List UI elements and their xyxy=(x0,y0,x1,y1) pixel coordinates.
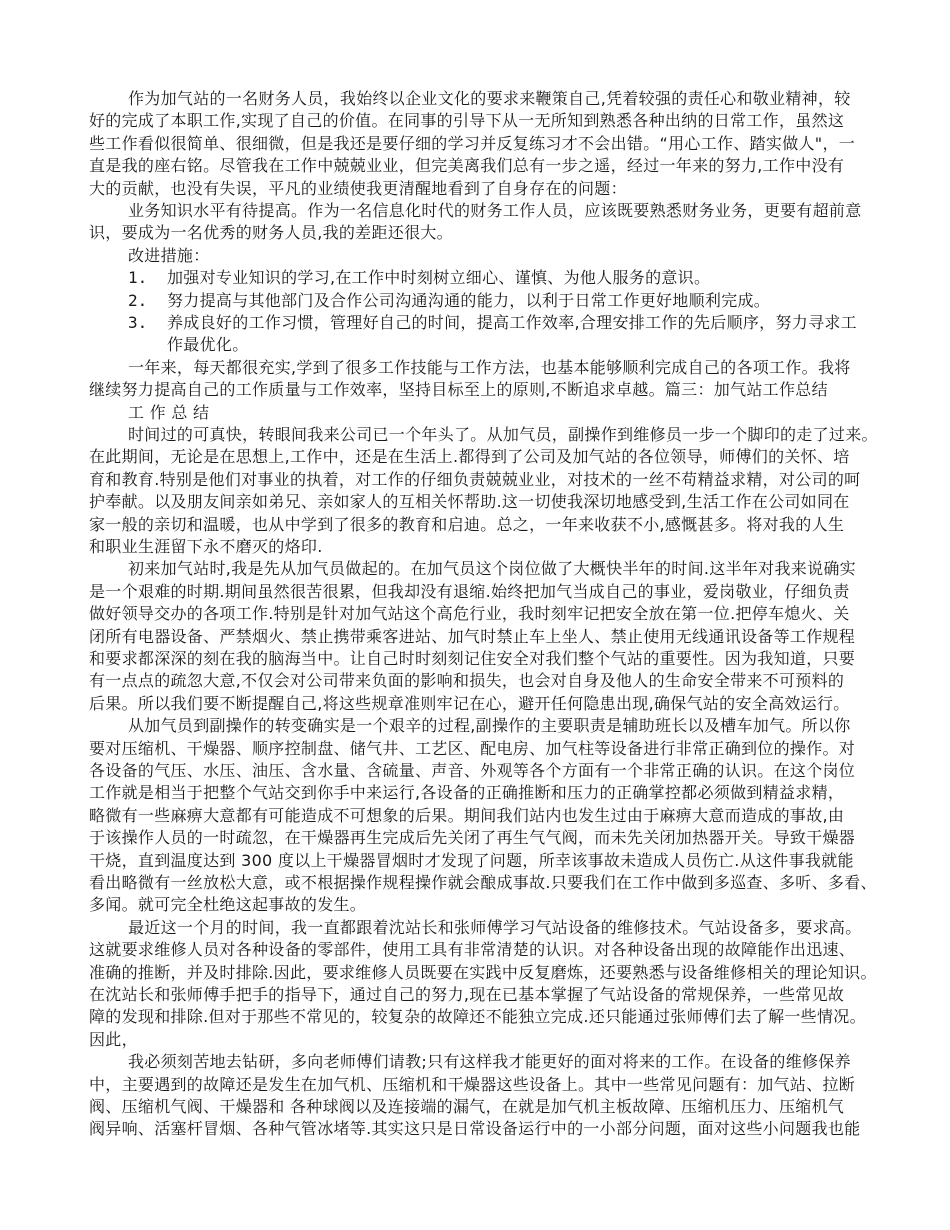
list-item-text: 努力提高与其他部门及合作公司沟通沟通的能力，以利于日常工作更好地顺利完成。 xyxy=(167,290,770,312)
text-line: 业务知识水平有待提高。作为一名信息化时代的财务工作人员，应该既要熟悉财务业务，更… xyxy=(128,200,862,222)
text-line: 育和教育.特别是他们对事业的执着，对工作的仔细负责兢兢业业，对技术的一丝不苟精益… xyxy=(89,469,861,491)
text-line: 于该操作人员的一时疏忽，在干燥器再生完成后先关闭了再生气气阀，而未先关闭加热器开… xyxy=(89,827,855,849)
text-line: 后果。所以我们要不断提醒自己,将这些规章准则牢记在心，避开任何隐患出现,确保气站… xyxy=(89,693,850,715)
text-line: 因此， xyxy=(89,1029,138,1051)
text-line: 这就要求维修人员对各种设备的零部件，使用工具有非常清楚的认识。对各种设备出现的故… xyxy=(89,939,855,961)
text-line: 闭所有电器设备、严禁烟火、禁止携带乘客进站、加气时禁止车上坐人、禁止使用无线通讯… xyxy=(89,626,855,648)
text-line: 工 作 总 结 xyxy=(128,402,209,424)
text-line: 作为加气站的一名财务人员，我始终以企业文化的要求来鞭策自己,凭着较强的责任心和敬… xyxy=(128,88,851,110)
text-line: 直是我的座右铭。尽管我在工作中兢兢业业，但完美离我们总有一步之遥，经过一年来的努… xyxy=(89,155,844,177)
text-line: 阀异响、活塞杆冒烟、各种气管冰堵等.其实这只是日常设备运行中的一小部分问题，面对… xyxy=(89,1118,861,1140)
text-line: 识，要成为一名优秀的财务人员,我的差距还很大。 xyxy=(89,222,453,244)
text-line: 我必须刻苦地去钻研，多向老师傅们请教;只有这样我才能更好的面对将来的工作。在设备… xyxy=(128,1051,851,1073)
list-number: 3. xyxy=(128,312,147,334)
text-line: 和要求都深深的刻在我的脑海当中。让自己时时刻刻记住安全对我们整个气站的重要性。因… xyxy=(89,648,855,670)
list-number: 2. xyxy=(128,290,147,312)
text-line: 在沈站长和张师傅手把手的指导下，通过自己的努力,现在已基本掌握了气站设备的常规保… xyxy=(89,984,844,1006)
list-number: 1. xyxy=(128,267,147,289)
list-item-text: 养成良好的工作习惯，管理好自己的时间，提高工作效率,合理安排工作的先后顺序，努力… xyxy=(167,312,857,334)
text-line: 初来加气站时,我是先从加气员做起的。在加气员这个岗位做了大概快半年的时间.这半年… xyxy=(128,558,856,580)
text-line: 在此期间，无论是在思想上,工作中，还是在生活上.都得到了公司及加气站的各位领导，… xyxy=(89,446,850,468)
text-line: 改进措施： xyxy=(128,245,210,267)
text-line: 看出略微有一丝放松大意，或不根据操作规程操作就会酿成事故.只要我们在工作中做到多… xyxy=(89,872,877,894)
text-line: 有一点点的疏忽大意,不仅会对公司带来负面的影响和损失，也会对自身及他人的生命安全… xyxy=(89,670,844,692)
text-line: 家一般的亲切和温暖，也从中学到了很多的教育和启迪。总之，一年来收获不小,感慨甚多… xyxy=(89,514,844,536)
text-line: 干烧，直到温度达到 300 度以上干燥器冒烟时才发现了问题，所幸该事故未造成人员… xyxy=(89,850,854,872)
document-page: 作为加气站的一名财务人员，我始终以企业文化的要求来鞭策自己,凭着较强的责任心和敬… xyxy=(0,0,950,1230)
text-line: 多闻。就可完全杜绝这起事故的发生。 xyxy=(89,894,366,916)
text-line: 要对压缩机、干燥器、顺序控制盘、储气井、工艺区、配电房、加气柱等设备进行非常正确… xyxy=(89,738,855,760)
text-line: 准确的推断，并及时排除.因此，要求维修人员既要在实践中反复磨炼，还要熟悉与设备维… xyxy=(89,962,877,984)
text-line: 时间过的可真快，转眼间我来公司已一个年头了。从加气员，副操作到维修员一步一个脚印… xyxy=(128,424,878,446)
text-line: 从加气员到副操作的转变确实是一个艰辛的过程,副操作的主要职责是辅助班长以及槽车加… xyxy=(128,715,851,737)
text-line: 好的完成了本职工作,实现了自己的价值。在同事的引导下从一无所知到熟悉各种出纳的日… xyxy=(89,110,844,132)
text-line: 作最优化。 xyxy=(167,334,249,356)
text-line: 些工作看似很简单、很细微，但是我还是要仔细的学习并反复练习才不会出错。“用心工作… xyxy=(89,133,855,155)
text-line: 和职业生涯留下永不磨灭的烙印. xyxy=(89,536,323,558)
text-line: 各设备的气压、水压、油压、含水量、含硫量、声音、外观等各个方面有一个非常正确的认… xyxy=(89,760,855,782)
text-line: 工作就是相当于把整个气站交到你手中来运行,各设备的正确推断和压力的正确掌控都必须… xyxy=(89,782,844,804)
text-line: 中，主要遇到的故障还是发生在加气机、压缩机和干燥器这些设备上。其中一些常见问题有… xyxy=(89,1074,855,1096)
text-line: 护奉献。以及朋友间亲如弟兄、亲如家人的互相关怀帮助.这一切使我深切地感受到,生活… xyxy=(89,491,850,513)
text-line: 阀、压缩机气阀、干燥器和 各种球阀以及连接端的漏气，在就是加气机主板故障、压缩机… xyxy=(89,1096,844,1118)
text-line: 最近这一个月的时间，我一直都跟着沈站长和张师傅学习气站设备的维修技术。气站设备多… xyxy=(128,917,862,939)
text-line: 一年来，每天都很充实,学到了很多工作技能与工作方法，也基本能够顺利完成自己的各项… xyxy=(128,357,851,379)
text-line: 大的贡献，也没有失误，平凡的业绩使我更清醒地看到了自身存在的问题： xyxy=(89,178,627,200)
list-item-text: 加强对专业知识的学习,在工作中时刻树立细心、谨慎、为他人服务的意识。 xyxy=(167,267,710,289)
text-line: 做好领导交办的各项工作.特别是针对加气站这个高危行业，我时刻牢记把安全放在第一位… xyxy=(89,603,850,625)
text-line: 继续努力提高自己的工作质量与工作效率，坚持目标至上的原则,不断追求卓越。篇三：加… xyxy=(89,379,828,401)
text-line: 是一个艰难的时期.期间虽然很苦很累，但我却没有退缩.始终把加气当成自己的事业，爱… xyxy=(89,581,850,603)
text-line: 障的发现和排除.但对于那些不常见的，较复杂的故障还不能独立完成.还只能通过张师傅… xyxy=(89,1006,866,1028)
text-line: 略微有一些麻痹大意都有可能造成不可想象的后果。期间我们站内也发生过由于麻痹大意而… xyxy=(89,805,844,827)
